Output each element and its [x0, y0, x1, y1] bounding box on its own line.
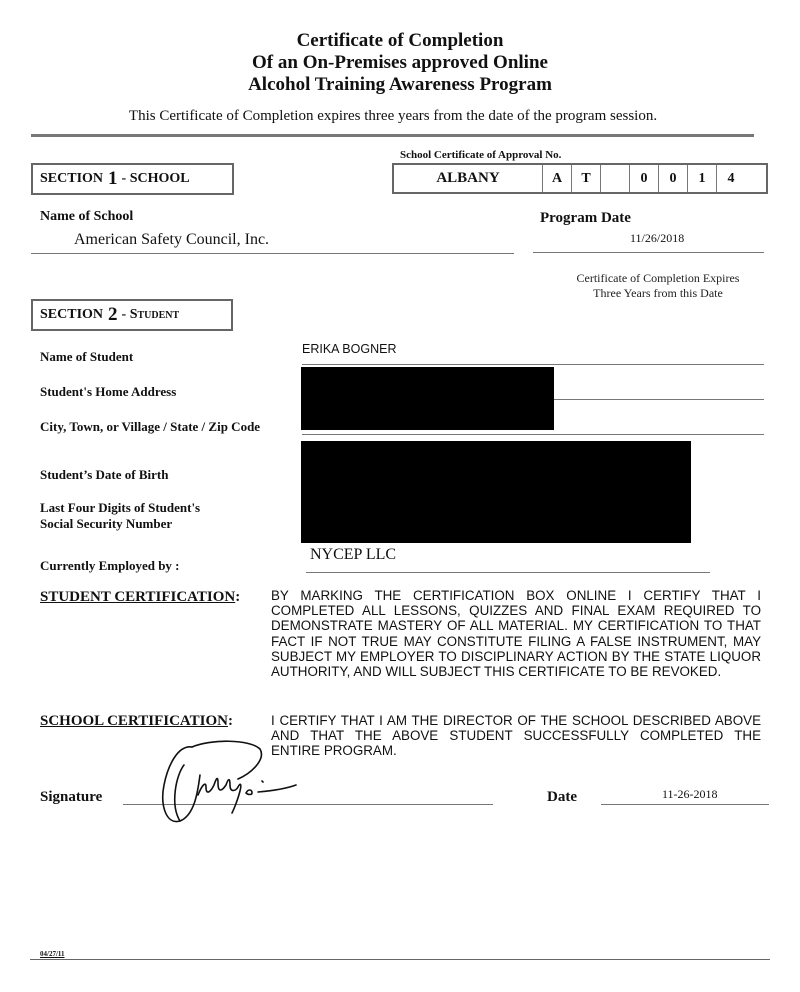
student-certification-title: STUDENT CERTIFICATION	[40, 589, 235, 605]
city-state-zip-line	[302, 434, 764, 435]
redaction-dob-ssn	[301, 441, 691, 543]
signature-mark	[140, 735, 320, 835]
student-name-value: ERIKA BOGNER	[302, 342, 396, 356]
school-certification-heading: SCHOOL CERTIFICATION:	[40, 713, 233, 730]
program-date-value: 11/26/2018	[630, 231, 684, 246]
approval-cell: 1	[687, 165, 716, 192]
certificate-title: Certificate of Completion Of an On-Premi…	[0, 30, 800, 96]
student-certification-text: BY MARKING THE CERTIFICATION BOX ONLINE …	[271, 588, 761, 679]
approval-cell	[600, 165, 629, 192]
school-certification-text: I CERTIFY THAT I AM THE DIRECTOR OF THE …	[271, 713, 761, 759]
approval-number-label: School Certificate of Approval No.	[400, 149, 561, 161]
program-date-label: Program Date	[540, 210, 631, 227]
header-divider	[31, 134, 754, 137]
city-state-zip-label: City, Town, or Village / State / Zip Cod…	[40, 419, 260, 435]
redaction-address	[301, 367, 554, 430]
footer-line	[30, 959, 770, 960]
student-certification-colon: :	[235, 589, 240, 606]
section-2-prefix: SECTION	[40, 307, 103, 323]
school-certification-colon: :	[228, 713, 233, 730]
signature-label: Signature	[40, 789, 102, 806]
section-1-suffix: - SCHOOL	[122, 171, 190, 187]
section-2-suffix: - Student	[122, 307, 180, 323]
section-2-number: 2	[108, 304, 118, 326]
school-name-label: Name of School	[40, 209, 133, 225]
signature-date-line	[601, 804, 769, 805]
approval-cell: T	[571, 165, 600, 192]
school-name-line	[31, 253, 514, 254]
school-name-value: American Safety Council, Inc.	[74, 231, 269, 249]
expires-note-line-1: Certificate of Completion Expires	[540, 271, 776, 286]
title-line-1: Certificate of Completion	[0, 30, 800, 52]
section-1-header: SECTION 1 - SCHOOL	[31, 163, 234, 195]
section-1-number: 1	[108, 168, 118, 190]
employer-label: Currently Employed by :	[40, 558, 180, 574]
student-name-line	[302, 364, 764, 365]
title-line-2: Of an On-Premises approved Online	[0, 52, 800, 74]
expires-note-line-2: Three Years from this Date	[540, 286, 776, 301]
student-name-label: Name of Student	[40, 349, 133, 365]
program-date-line	[533, 252, 764, 253]
home-address-label: Student's Home Address	[40, 384, 176, 400]
dob-label: Student’s Date of Birth	[40, 467, 168, 483]
ssn-label-line-1: Last Four Digits of Student's	[40, 500, 200, 516]
employer-line	[306, 572, 710, 573]
approval-cell: A	[542, 165, 571, 192]
ssn-label: Last Four Digits of Student's Social Sec…	[40, 500, 200, 532]
ssn-label-line-2: Social Security Number	[40, 516, 200, 532]
school-certification-title: SCHOOL CERTIFICATION	[40, 713, 228, 729]
section-2-header: SECTION 2 - Student	[31, 299, 233, 331]
expires-note: Certificate of Completion Expires Three …	[540, 271, 776, 301]
form-revision-date: 04/27/11	[40, 950, 65, 958]
section-1-prefix: SECTION	[40, 171, 103, 187]
approval-cell-city: ALBANY	[394, 165, 542, 192]
signature-date-value: 11-26-2018	[662, 787, 718, 802]
employer-value: NYCEP LLC	[310, 546, 396, 564]
date-label: Date	[547, 789, 577, 806]
approval-number-box: ALBANY A T 0 0 1 4	[392, 163, 768, 194]
expiry-notice: This Certificate of Completion expires t…	[0, 108, 786, 125]
title-line-3: Alcohol Training Awareness Program	[0, 74, 800, 96]
approval-cell: 0	[629, 165, 658, 192]
approval-cell: 4	[716, 165, 745, 192]
approval-cell: 0	[658, 165, 687, 192]
student-certification-heading: STUDENT CERTIFICATION:	[40, 589, 240, 606]
